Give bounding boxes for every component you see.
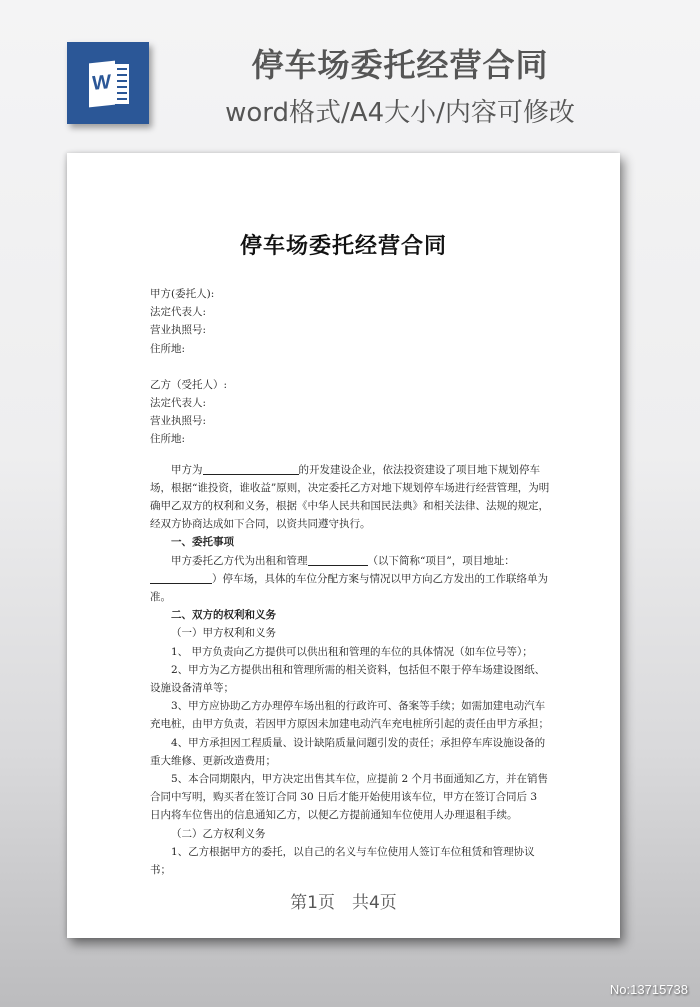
project-name-blank — [308, 553, 368, 566]
party-b-license: 营业执照号: — [150, 412, 550, 430]
page-number: 第1页 共4页 — [67, 888, 620, 913]
project-address-blank — [150, 571, 212, 584]
preamble-paragraph: 甲方为的开发建设企业，依法投资建设了项目地下规划停车场，根据“谁投资，谁收益”原… — [150, 461, 550, 534]
party-a-address: 住所地: — [150, 340, 550, 358]
header-title: 停车场委托经营合同 — [170, 40, 630, 86]
document-page: 停车场委托经营合同 甲方(委托人): 法定代表人: 营业执照号: 住所地: 乙方… — [67, 153, 620, 938]
section1-paragraph: 甲方委托乙方代为出租和管理（以下简称“项目”，项目地址：）停车场，具体的车位分配… — [150, 552, 550, 607]
list-item: 5、本合同期限内，甲方决定出售其车位，应提前 2 个月书面通知乙方，并在销售合同… — [150, 770, 550, 825]
list-item: 2、甲方为乙方提供出租和管理所需的相关资料，包括但不限于停车场建设图纸、设施设备… — [150, 661, 550, 697]
document-body: 甲方(委托人): 法定代表人: 营业执照号: 住所地: 乙方（受托人）: 法定代… — [150, 285, 550, 879]
word-letter: W — [92, 71, 111, 96]
party-a-license: 营业执照号: — [150, 321, 550, 339]
party-a-label: 甲方(委托人): — [150, 285, 550, 303]
header-subtitle: word格式/A4大小/内容可修改 — [170, 92, 630, 129]
list-item: 3、甲方应协助乙方办理停车场出租的行政许可、备案等手续；如需加建电动汽车充电桩，… — [150, 697, 550, 733]
party-a-rep: 法定代表人: — [150, 303, 550, 321]
party-b-rep: 法定代表人: — [150, 394, 550, 412]
section2-sub2: （二）乙方权利义务 — [150, 825, 550, 843]
developer-blank — [203, 462, 299, 475]
party-b-label: 乙方（受托人）: — [150, 376, 550, 394]
section2-heading: 二、双方的权利和义务 — [150, 606, 550, 624]
preamble-text-a: 甲方为 — [171, 464, 203, 476]
list-item: 4、甲方承担因工程质量、设计缺陷质量问题引发的责任；承担停车库设施设备的重大维修… — [150, 734, 550, 770]
document-title: 停车场委托经营合同 — [67, 229, 620, 260]
section1-heading: 一、委托事项 — [150, 533, 550, 551]
section2-sub1: （一）甲方权利和义务 — [150, 624, 550, 642]
section1-text-a: 甲方委托乙方代为出租和管理 — [171, 555, 308, 567]
party-b-address: 住所地: — [150, 430, 550, 448]
list-item: 1、乙方根据甲方的委托，以自己的名义与车位使用人签订车位租赁和管理协议书； — [150, 843, 550, 879]
section1-text-b: （以下简称“项目”，项目地址： — [368, 555, 515, 567]
image-number: No:13715738 — [610, 982, 688, 997]
word-icon: W — [67, 42, 149, 124]
list-item: 1、 甲方负责向乙方提供可以供出租和管理的车位的具体情况（如车位号等）； — [150, 643, 550, 661]
word-document-glyph: W — [89, 60, 127, 106]
